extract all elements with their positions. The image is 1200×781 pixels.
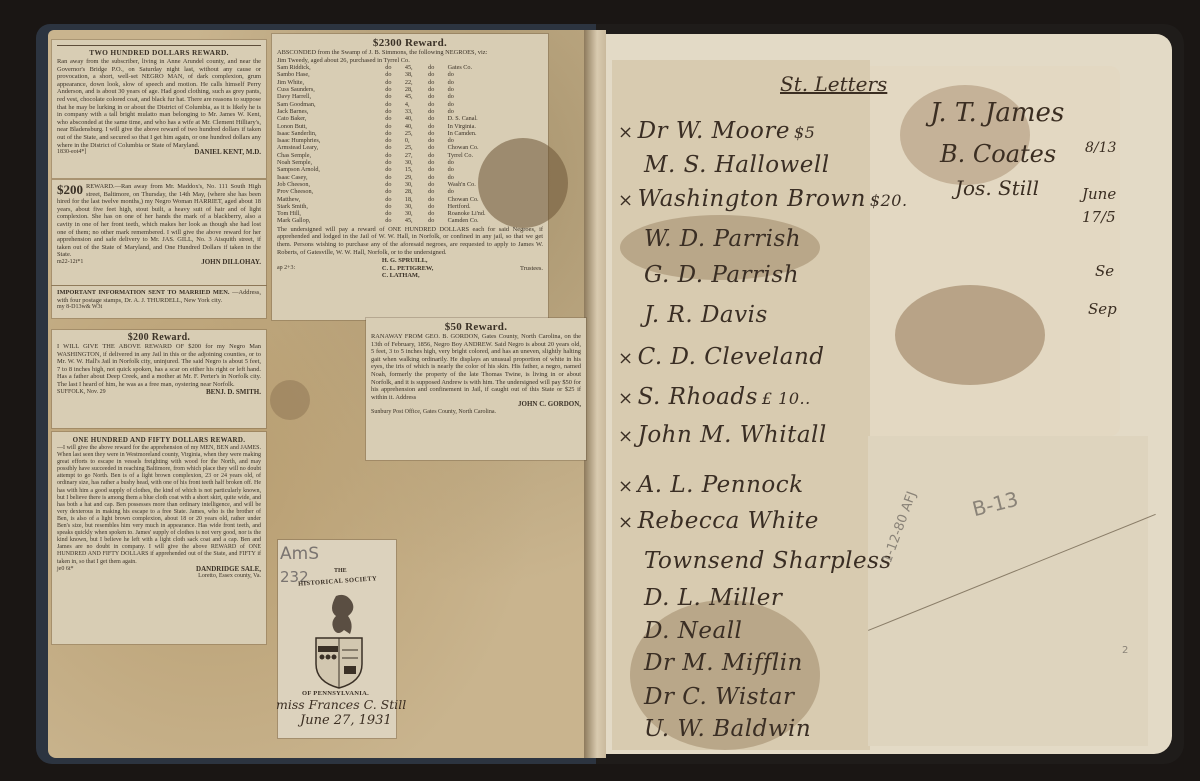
clipping-intro: ABSCONDED from the Swamp of J. B. Simmon…	[277, 49, 543, 57]
runaway-b: do	[428, 115, 448, 122]
check-mark: ×	[618, 476, 634, 497]
margin-note: Sep	[1088, 300, 1117, 318]
runaway-a: do	[385, 108, 405, 115]
runaway-a: do	[385, 174, 405, 181]
second-column-name: J. T. James	[930, 98, 1064, 128]
runaway-place: In Virginia.	[448, 123, 543, 130]
entry-name: Dr M. Mifflin	[644, 650, 803, 676]
runaway-place: do	[448, 108, 543, 115]
runaway-age: 25,	[405, 130, 428, 137]
runaway-b: do	[428, 79, 448, 86]
entry-name: M. S. Hallowell	[644, 152, 830, 178]
list-entry: ×S. Rhoads£ 10..	[618, 384, 811, 410]
entry-name: W. D. Parrish	[644, 226, 801, 252]
runaway-age: 45,	[405, 93, 428, 100]
clipping-ref: SUFFOLK, Nov. 29	[57, 389, 106, 397]
clipping-body: I WILL GIVE THE ABOVE REWARD OF $200 for…	[57, 343, 261, 389]
runaway-b: do	[428, 123, 448, 130]
clipping-heading: $200	[57, 183, 83, 197]
runaway-b: do	[428, 137, 448, 144]
clipping-two-hundred-reward-washington: $200 Reward. I WILL GIVE THE ABOVE REWAR…	[52, 330, 266, 428]
clipping-body: The undersigned will pay a reward of ONE…	[277, 226, 543, 256]
clipping-signature: JOHN DILLOHAY.	[201, 259, 261, 267]
list-entry: Dr M. Mifflin	[640, 650, 807, 676]
check-mark: ×	[618, 512, 634, 533]
runaway-a: do	[385, 196, 405, 203]
list-title: St. Letters	[780, 72, 887, 96]
entry-name: D. L. Miller	[644, 585, 782, 611]
entry-name: D. Neall	[644, 618, 742, 644]
clipping-heading: IMPORTANT INFORMATION SENT TO MARRIED ME…	[57, 289, 229, 296]
clipping-heading: ONE HUNDRED AND FIFTY DOLLARS REWARD.	[57, 435, 261, 445]
runaway-a: do	[385, 181, 405, 188]
runaway-place: In Camden.	[448, 130, 543, 137]
clipping-body: REWARD.—Ran away from Mr. Maddox's, No. …	[57, 183, 261, 258]
runaway-name: Stark Smith,	[277, 203, 385, 210]
runaway-name: Cato Baker,	[277, 115, 385, 122]
runaway-age: 29,	[405, 174, 428, 181]
runaway-age: 30,	[405, 210, 428, 217]
clipping-body: —I will give the above reward for the ap…	[57, 445, 261, 566]
entry-name: G. D. Parrish	[644, 262, 799, 288]
runaway-b: do	[428, 71, 448, 78]
list-entry: G. D. Parrish	[640, 262, 803, 288]
margin-note: 8/13	[1085, 140, 1116, 156]
second-column-name: B. Coates	[940, 140, 1056, 168]
margin-note: Se	[1095, 262, 1114, 280]
second-column-name: Jos. Still	[955, 176, 1039, 200]
runaway-a: do	[385, 123, 405, 130]
runaway-name: Davy Harrell,	[277, 93, 385, 100]
entry-name: Washington Brown	[638, 186, 866, 212]
trustee-list: H. G. SPRUILL, C. L. PETIGREW, C. LATHAM…	[382, 257, 433, 280]
clipping-location: Sunbury Post Office, Gates County, North…	[371, 409, 581, 417]
runaway-name: Sam Goodman,	[277, 101, 385, 108]
clipping-body: Ran away from the subscriber, living in …	[57, 58, 261, 149]
runaway-name: Chas Semple,	[277, 152, 385, 159]
runaway-name: Sampson Arnold,	[277, 166, 385, 173]
bookplate-line-pennsylvania: OF PENNSYLVANIA.	[302, 690, 369, 697]
runaway-name: Sambo Hase,	[277, 71, 385, 78]
runaway-row: Sam Goodman,do4,dodo	[277, 101, 543, 108]
trustees-label: Trustees.	[520, 265, 543, 273]
runaway-name: Tom Hill,	[277, 210, 385, 217]
runaway-name: Cuss Saunders,	[277, 86, 385, 93]
runaway-name: Mark Gallop,	[277, 217, 385, 224]
bookplate-line-society: HISTORICAL SOCIETY	[298, 575, 377, 588]
runaway-age: 40,	[405, 115, 428, 122]
runaway-name: Jim White,	[277, 79, 385, 86]
runaway-b: do	[428, 93, 448, 100]
clipping-heading: TWO HUNDRED DOLLARS REWARD.	[57, 48, 261, 58]
runaway-a: do	[385, 152, 405, 159]
runaway-b: do	[428, 196, 448, 203]
runaway-age: 40,	[405, 123, 428, 130]
entry-amount: £ 10..	[762, 389, 811, 408]
runaway-a: do	[385, 188, 405, 195]
runaway-a: do	[385, 101, 405, 108]
runaway-row: Cuss Saunders,do28,dodo	[277, 86, 543, 93]
list-entry: Dr C. Wistar	[640, 684, 799, 710]
runaway-place: Gates Co.	[448, 64, 543, 71]
inscription-date: June 27, 1931	[300, 713, 392, 728]
runaway-b: do	[428, 203, 448, 210]
trustee-name: H. G. SPRUILL,	[382, 257, 428, 264]
list-entry: J. R. Davis	[640, 302, 772, 328]
runaway-age: 45,	[405, 64, 428, 71]
margin-note: 17/5	[1082, 208, 1116, 226]
runaway-b: do	[428, 210, 448, 217]
runaway-b: do	[428, 64, 448, 71]
runaway-age: 28,	[405, 188, 428, 195]
stain	[478, 138, 568, 228]
stain	[270, 380, 310, 420]
historical-society-bookplate: AmS 232 THE HISTORICAL SOCIETY OF PENNSY…	[278, 540, 396, 738]
check-mark: ×	[618, 388, 634, 409]
runaway-b: do	[428, 108, 448, 115]
entry-name: J. R. Davis	[644, 302, 768, 328]
runaway-a: do	[385, 64, 405, 71]
clipping-location: Loretto, Essex county, Va.	[57, 573, 261, 580]
divider	[57, 45, 261, 46]
clipping-heading: $2300 Reward.	[277, 37, 543, 49]
runaway-a: do	[385, 166, 405, 173]
runaway-age: 22,	[405, 79, 428, 86]
list-entry: ×A. L. Pennock	[618, 472, 808, 498]
runaway-b: do	[428, 159, 448, 166]
entry-name: S. Rhoads	[638, 384, 758, 410]
entry-name: U. W. Baldwin	[644, 716, 811, 742]
runaway-a: do	[385, 210, 405, 217]
runaway-a: do	[385, 93, 405, 100]
entry-name: Dr C. Wistar	[644, 684, 795, 710]
runaway-b: do	[428, 174, 448, 181]
runaway-name: Isaac Casey,	[277, 174, 385, 181]
list-entry: D. L. Miller	[640, 585, 786, 611]
runaway-b: do	[428, 166, 448, 173]
list-entry: U. W. Baldwin	[640, 716, 815, 742]
runaway-age: 30,	[405, 203, 428, 210]
bookplate-line-the: THE	[334, 568, 347, 574]
list-entry: Townsend Sharpless	[640, 548, 896, 574]
runaway-age: 28,	[405, 86, 428, 93]
clipping-body: RANAWAY FROM GEO. B. GORDON, Gates Count…	[371, 333, 581, 401]
runaway-name: Prov Cheeson,	[277, 188, 385, 195]
list-entry: D. Neall	[640, 618, 746, 644]
trustee-name: C. L. PETIGREW,	[382, 265, 433, 272]
runaway-row: Cato Baker,do40,doD. S. Canal.	[277, 115, 543, 122]
trustee-name: C. LATHAM,	[382, 272, 420, 279]
clipping-ref: my 8-D13w& W3t	[57, 304, 261, 312]
runaway-b: do	[428, 144, 448, 151]
runaway-age: 33,	[405, 108, 428, 115]
runaway-row: Davy Harrell,do45,dodo	[277, 93, 543, 100]
runaway-age: 15,	[405, 166, 428, 173]
runaway-name: Noah Semple,	[277, 159, 385, 166]
entry-name: A. L. Pennock	[638, 472, 804, 498]
runaway-age: 38,	[405, 71, 428, 78]
runaway-b: do	[428, 181, 448, 188]
entry-name: Rebecca White	[638, 508, 819, 534]
runaway-place: do	[448, 86, 543, 93]
entry-name: C. D. Cleveland	[638, 344, 825, 370]
clipping-signature: JOHN C. GORDON,	[371, 401, 581, 409]
list-entry: ×Dr W. Moore$5	[618, 118, 815, 144]
clipping-ref: m22-12t*1	[57, 259, 83, 267]
runaway-a: do	[385, 137, 405, 144]
runaway-b: do	[428, 188, 448, 195]
runaway-a: do	[385, 86, 405, 93]
clipping-first-line: Jim Tweedy, aged about 26, purchased in …	[277, 57, 543, 65]
runaway-row: Isaac Sanderlin,do25,doIn Camden.	[277, 130, 543, 137]
runaway-age: 45,	[405, 217, 428, 224]
runaway-age: 18,	[405, 196, 428, 203]
runaway-row: Lonon Butt,do40,doIn Virginia.	[277, 123, 543, 130]
runaway-name: Armstead Leary,	[277, 144, 385, 151]
runaway-age: 25,	[405, 144, 428, 151]
clipping-heading: $200 Reward.	[57, 333, 261, 343]
clipping-two-hundred-dollars-reward: TWO HUNDRED DOLLARS REWARD. Ran away fro…	[52, 40, 266, 178]
list-entry: M. S. Hallowell	[640, 152, 834, 178]
runaway-a: do	[385, 159, 405, 166]
runaway-name: Lonon Butt,	[277, 123, 385, 130]
check-mark: ×	[618, 426, 634, 447]
runaway-age: 4,	[405, 101, 428, 108]
lower-right-sheet	[868, 436, 1148, 746]
runaway-name: Isaac Humphries,	[277, 137, 385, 144]
runaway-a: do	[385, 203, 405, 210]
clipping-signature: DANDRIDGE SALE,	[196, 566, 261, 573]
runaway-place: do	[448, 93, 543, 100]
coat-of-arms-icon	[306, 592, 372, 692]
entry-name: Dr W. Moore	[638, 118, 790, 144]
entry-amount: $5	[794, 123, 815, 142]
runaway-age: 30,	[405, 181, 428, 188]
pencil-note-corner: 2	[1122, 645, 1128, 656]
list-entry: W. D. Parrish	[640, 226, 805, 252]
runaway-a: do	[385, 79, 405, 86]
runaway-b: do	[428, 86, 448, 93]
runaway-a: do	[385, 217, 405, 224]
runaway-b: do	[428, 130, 448, 137]
runaway-place: do	[448, 71, 543, 78]
runaway-name: Jack Barnes,	[277, 108, 385, 115]
clipping-two-hundred-harriet: $200REWARD.—Ran away from Mr. Maddox's, …	[52, 180, 266, 285]
list-entry: ×C. D. Cleveland	[618, 344, 829, 370]
runaway-name: Sam Riddick,	[277, 64, 385, 71]
clipping-heading: $50 Reward.	[371, 321, 581, 333]
runaway-place: do	[448, 101, 543, 108]
clipping-fifty-reward: $50 Reward. RANAWAY FROM GEO. B. GORDON,…	[366, 318, 586, 460]
clipping-ref: ap 2+3:	[277, 265, 295, 273]
runaway-age: 30,	[405, 159, 428, 166]
list-entry: ×John M. Whitall	[618, 422, 831, 448]
check-mark: ×	[618, 348, 634, 369]
margin-note: June	[1082, 185, 1116, 203]
pencil-note-ams: AmS	[280, 544, 319, 564]
runaway-name: Isaac Sanderlin,	[277, 130, 385, 137]
runaway-place: D. S. Canal.	[448, 115, 543, 122]
list-entry: ×Washington Brown$20.	[618, 186, 908, 212]
entry-amount: $20.	[870, 191, 908, 210]
book-gutter	[584, 30, 606, 758]
clipping-important-information: IMPORTANT INFORMATION SENT TO MARRIED ME…	[52, 286, 266, 318]
runaway-name: Matthew,	[277, 196, 385, 203]
runaway-a: do	[385, 115, 405, 122]
runaway-row: Sambo Hase,do38,dodo	[277, 71, 543, 78]
runaway-a: do	[385, 144, 405, 151]
runaway-row: Sam Riddick,do45,doGates Co.	[277, 64, 543, 71]
clipping-signature: DANIEL KENT, M.D.	[194, 149, 261, 157]
check-mark: ×	[618, 190, 634, 211]
runaway-place: do	[448, 79, 543, 86]
entry-name: Townsend Sharpless	[644, 548, 892, 574]
entry-name: John M. Whitall	[638, 422, 827, 448]
runaway-b: do	[428, 101, 448, 108]
check-mark: ×	[618, 122, 634, 143]
inscription-name: miss Frances C. Still	[276, 697, 406, 712]
runaway-b: do	[428, 217, 448, 224]
stain	[895, 285, 1045, 385]
runaway-name: Job Cheeson,	[277, 181, 385, 188]
runaway-a: do	[385, 130, 405, 137]
runaway-age: 0,	[405, 137, 428, 144]
clipping-ref: 1830-eot4*]	[57, 149, 86, 157]
runaway-a: do	[385, 71, 405, 78]
clipping-signature: BENJ. D. SMITH.	[206, 389, 261, 397]
runaway-row: Jack Barnes,do33,dodo	[277, 108, 543, 115]
list-entry: ×Rebecca White	[618, 508, 823, 534]
runaway-row: Jim White,do22,dodo	[277, 79, 543, 86]
runaway-age: 27,	[405, 152, 428, 159]
clipping-one-hundred-fifty-reward: ONE HUNDRED AND FIFTY DOLLARS REWARD. —I…	[52, 432, 266, 644]
runaway-b: do	[428, 152, 448, 159]
clipping-ref: je0 6t*	[57, 566, 74, 573]
